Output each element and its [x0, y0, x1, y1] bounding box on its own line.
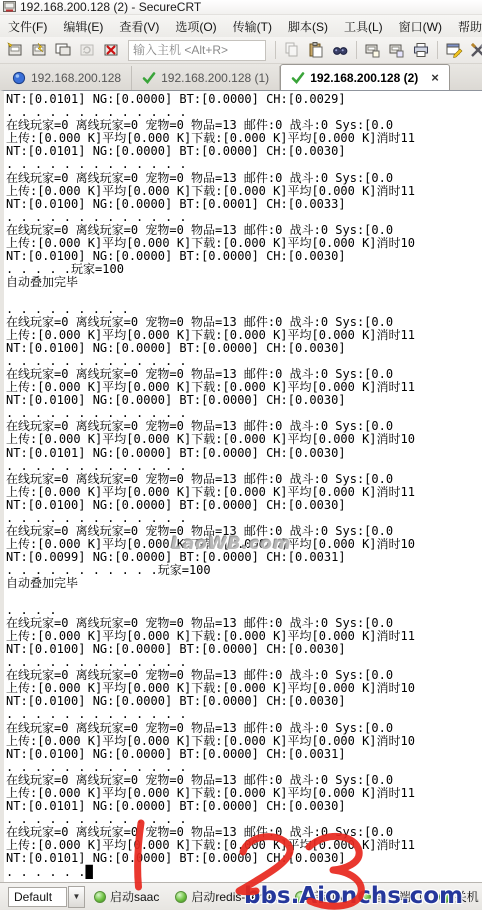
terminal-line: . . . . [6, 604, 482, 617]
terminal-line: 在线玩家=0 离线玩家=0 宠物=0 物品=13 邮件:0 战斗:0 Sys:[… [6, 774, 482, 787]
green-orb-icon [359, 891, 371, 903]
menu-bar: 文件(F)编辑(E)查看(V)选项(O)传输(T)脚本(S)工具(L)窗口(W)… [0, 15, 482, 37]
terminal-line: 在线玩家=0 离线玩家=0 宠物=0 物品=13 邮件:0 战斗:0 Sys:[… [6, 316, 482, 329]
tab-session-1[interactable]: 192.168.200.128 [2, 66, 132, 90]
green-orb-icon [439, 891, 451, 903]
terminal-line [6, 289, 482, 302]
tab-close-icon[interactable]: × [431, 73, 439, 83]
find-icon[interactable] [329, 39, 351, 61]
window-title: 192.168.200.128 (2) - SecureCRT [20, 1, 201, 14]
terminal-line: 上传:[0.000 K]平均[0.000 K]下载:[0.000 K]平均[0.… [6, 486, 482, 499]
menu-item-2[interactable]: 编辑(E) [55, 15, 111, 37]
tab-label: 192.168.200.128 (2) [310, 71, 418, 85]
terminal-line: . . . . . . . . . . . . . [6, 460, 482, 473]
green-orb-icon [94, 891, 106, 903]
session-button-5[interactable]: 关机 [436, 888, 482, 905]
session-info-icon [12, 71, 26, 85]
session-button-label: 启动saac [110, 888, 159, 905]
terminal-output: NT:[0.0101] NG:[0.0000] BT:[0.0000] CH:[… [6, 93, 482, 879]
terminal-line: 在线玩家=0 离线玩家=0 宠物=0 物品=13 邮件:0 战斗:0 Sys:[… [6, 617, 482, 630]
session-button-label: 重置端口 [375, 888, 423, 905]
terminal-line: 上传:[0.000 K]平均[0.000 K]下载:[0.000 K]平均[0.… [6, 735, 482, 748]
terminal-line: NT:[0.0101] NG:[0.0000] BT:[0.0000] CH:[… [6, 852, 482, 865]
tab-bar: 192.168.200.128 192.168.200.128 (1) 192.… [0, 64, 482, 90]
securecrt-window: 192.168.200.128 (2) - SecureCRT 文件(F)编辑(… [0, 0, 482, 910]
menu-item-4[interactable]: 选项(O) [167, 15, 224, 37]
toolbar [0, 37, 482, 64]
session-button-2[interactable]: 启动redis-server [172, 888, 281, 905]
terminal-line: 自动叠加完毕 [6, 276, 482, 289]
chevron-down-icon[interactable]: ▼ [68, 886, 85, 908]
terminal-line: 上传:[0.000 K]平均[0.000 K]下载:[0.000 K]平均[0.… [6, 630, 482, 643]
title-bar: 192.168.200.128 (2) - SecureCRT [0, 0, 482, 15]
terminal-line: 上传:[0.000 K]平均[0.000 K]下载:[0.000 K]平均[0.… [6, 433, 482, 446]
session-button-label: 启动A [311, 888, 343, 905]
profile-combobox[interactable]: Default ▼ [8, 886, 85, 908]
quick-connect-icon[interactable] [28, 39, 50, 61]
terminal-line: . . . . . . . . . . . . . [6, 761, 482, 774]
tab-session-3-active[interactable]: 192.168.200.128 (2) × [280, 64, 450, 90]
raw-log-icon[interactable] [386, 39, 408, 61]
copy-icon[interactable] [281, 39, 303, 61]
disconnect-icon[interactable] [100, 39, 122, 61]
terminal-line [6, 591, 482, 604]
menu-item-1[interactable]: 文件(F) [0, 15, 55, 37]
terminal-line: 在线玩家=0 离线玩家=0 宠物=0 物品=13 邮件:0 战斗:0 Sys:[… [6, 473, 482, 486]
global-options-icon[interactable] [467, 39, 482, 61]
menu-item-9[interactable]: 帮助(H) [450, 15, 482, 37]
terminal-line: . . . . . . . . . . . . . [6, 211, 482, 224]
connected-check-icon [291, 71, 305, 85]
toolbar-separator [437, 41, 438, 59]
session-button-label: 启动redis-server [191, 888, 278, 905]
session-options-icon[interactable] [443, 39, 465, 61]
terminal-line: . . . . . . . . . . . . . [6, 355, 482, 368]
terminal-line: . . . . . . . . . . . . . [6, 158, 482, 171]
terminal-line: . . . . . .█ [6, 866, 482, 879]
menu-item-7[interactable]: 工具(L) [336, 15, 391, 37]
menu-item-5[interactable]: 传输(T) [225, 15, 280, 37]
terminal-line: 在线玩家=0 离线玩家=0 宠物=0 物品=13 邮件:0 战斗:0 Sys:[… [6, 172, 482, 185]
connected-check-icon [142, 71, 156, 85]
session-buttons: 启动saac启动redis-server启动A重置端口关机 [91, 888, 482, 905]
new-session-icon[interactable] [4, 39, 26, 61]
terminal-line: 自动叠加完毕 [6, 577, 482, 590]
terminal-screen[interactable]: NT:[0.0101] NG:[0.0000] BT:[0.0000] CH:[… [0, 90, 482, 882]
host-input[interactable] [128, 40, 266, 61]
clone-session-icon[interactable] [52, 39, 74, 61]
status-bar: Default ▼ 启动saac启动redis-server启动A重置端口关机 [0, 882, 482, 910]
paste-icon[interactable] [305, 39, 327, 61]
toolbar-separator [275, 41, 276, 59]
menu-item-8[interactable]: 窗口(W) [391, 15, 450, 37]
tab-label: 192.168.200.128 (1) [161, 71, 269, 85]
menu-item-6[interactable]: 脚本(S) [280, 15, 336, 37]
terminal-line: . . . . . . . . . . . . . [6, 708, 482, 721]
session-button-label: 关机 [455, 888, 479, 905]
reconnect-icon[interactable] [76, 39, 98, 61]
app-icon[interactable] [3, 1, 16, 13]
session-button-4[interactable]: 重置端口 [356, 888, 426, 905]
terminal-line: NT:[0.0101] NG:[0.0000] BT:[0.0000] CH:[… [6, 447, 482, 460]
session-button-3[interactable]: 启动A [292, 888, 346, 905]
menu-item-3[interactable]: 查看(V) [111, 15, 167, 37]
log-session-icon[interactable] [362, 39, 384, 61]
terminal-line: . . . . . . . . . [6, 303, 482, 316]
print-icon[interactable] [410, 39, 432, 61]
tab-session-2[interactable]: 192.168.200.128 (1) [132, 66, 280, 90]
session-button-1[interactable]: 启动saac [91, 888, 162, 905]
profile-value[interactable]: Default [8, 887, 67, 907]
terminal-line: NT:[0.0100] NG:[0.0000] BT:[0.0000] CH:[… [6, 748, 482, 761]
terminal-line: NT:[0.0100] NG:[0.0000] BT:[0.0000] CH:[… [6, 342, 482, 355]
green-orb-icon [175, 891, 187, 903]
toolbar-separator [356, 41, 357, 59]
terminal-line: NT:[0.0100] NG:[0.0000] BT:[0.0001] CH:[… [6, 198, 482, 211]
terminal-line: 上传:[0.000 K]平均[0.000 K]下载:[0.000 K]平均[0.… [6, 185, 482, 198]
terminal-line: 上传:[0.000 K]平均[0.000 K]下载:[0.000 K]平均[0.… [6, 329, 482, 342]
terminal-line: 在线玩家=0 离线玩家=0 宠物=0 物品=13 邮件:0 战斗:0 Sys:[… [6, 722, 482, 735]
tab-label: 192.168.200.128 [31, 71, 121, 85]
green-orb-icon [295, 891, 307, 903]
